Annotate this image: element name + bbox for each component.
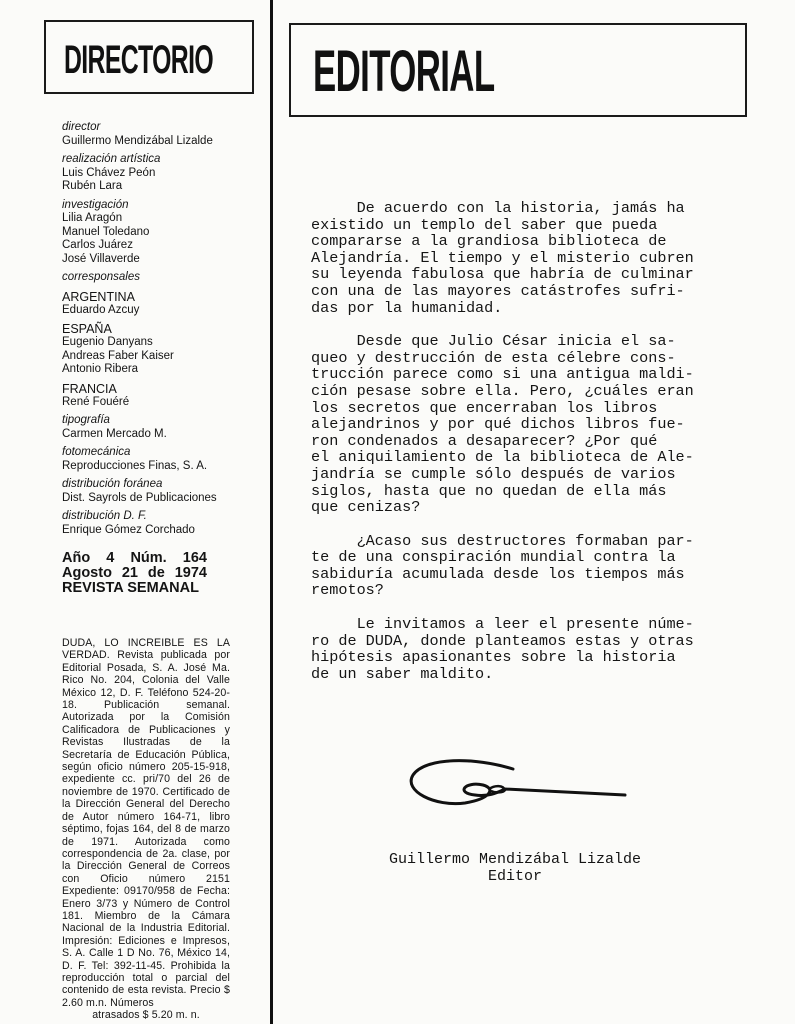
- directory-section: investigaciónLilia AragónManuel Toledano…: [62, 199, 262, 267]
- legal-back-issues-price: atrasados $ 5.20 m. n.: [62, 1009, 230, 1021]
- role-label: tipografía: [62, 414, 262, 428]
- staff-name: Guillermo Mendizábal Lizalde: [62, 135, 262, 149]
- editorial-paragraph: De acuerdo con la historia, jamás ha exi…: [311, 200, 741, 316]
- editorial-title: EDITORIAL: [313, 39, 495, 105]
- directory-title: DIRECTORIO: [64, 36, 213, 84]
- staff-name: Eugenio Danyans: [62, 336, 262, 350]
- editorial-paragraph: Le invitamos a leer el presente núme- ro…: [311, 616, 741, 682]
- role-label: distribución D. F.: [62, 510, 262, 524]
- date-month: Agosto: [62, 566, 112, 581]
- directory-section: ESPAÑAEugenio DanyansAndreas Faber Kaise…: [62, 322, 262, 377]
- role-label: corresponsales: [62, 271, 262, 285]
- staff-name: Eduardo Azcuy: [62, 304, 262, 318]
- role-label: realización artística: [62, 153, 262, 167]
- directory-section: realización artísticaLuis Chávez PeónRub…: [62, 153, 262, 194]
- number-value: 164: [183, 551, 207, 566]
- staff-name: Enrique Gómez Corchado: [62, 524, 262, 538]
- date-day: 21: [122, 566, 138, 581]
- directory-section: corresponsales: [62, 271, 262, 285]
- date-year: 1974: [175, 566, 207, 581]
- staff-name: Dist. Sayrols de Publicaciones: [62, 492, 262, 506]
- directory-section: ARGENTINAEduardo Azcuy: [62, 290, 262, 318]
- legal-notice: DUDA, LO INCREIBLE ES LA VERDAD. Revista…: [62, 637, 230, 1022]
- editorial-paragraph: Desde que Julio César inicia el sa- queo…: [311, 333, 741, 516]
- role-label: director: [62, 121, 262, 135]
- signer-title: Editor: [370, 869, 660, 886]
- directory-section: tipografíaCarmen Mercado M.: [62, 414, 262, 441]
- date-de: de: [148, 566, 165, 581]
- legal-text: DUDA, LO INCREIBLE ES LA VERDAD. Revista…: [62, 637, 230, 1009]
- staff-directory: directorGuillermo Mendizábal Lizaldereal…: [62, 121, 262, 596]
- staff-name: René Fouéré: [62, 396, 262, 410]
- issue-info: Año 4 Núm. 164 Agosto 21 de 1974 REVISTA…: [62, 551, 262, 596]
- directory-section: distribución foráneaDist. Sayrols de Pub…: [62, 478, 262, 505]
- year-value: 4: [106, 551, 114, 566]
- country-label: ESPAÑA: [62, 322, 262, 336]
- editorial-paragraph: ¿Acaso sus destructores formaban par- te…: [311, 533, 741, 599]
- directory-header-box: DIRECTORIO: [44, 20, 254, 94]
- editorial-body: De acuerdo con la historia, jamás ha exi…: [311, 200, 741, 699]
- directory-section: FRANCIARené Fouéré: [62, 382, 262, 410]
- signature-icon: [405, 755, 635, 815]
- directory-section: distribución D. F.Enrique Gómez Corchado: [62, 510, 262, 537]
- role-label: fotomecánica: [62, 446, 262, 460]
- staff-name: Andreas Faber Kaiser: [62, 350, 262, 364]
- directory-section: fotomecánicaReproducciones Finas, S. A.: [62, 446, 262, 473]
- staff-name: Lilia Aragón: [62, 212, 262, 226]
- signer-name: Guillermo Mendizábal Lizalde: [370, 852, 660, 869]
- staff-name: Manuel Toledano: [62, 226, 262, 240]
- role-label: investigación: [62, 199, 262, 213]
- signer-block: Guillermo Mendizábal Lizalde Editor: [370, 852, 660, 885]
- directory-section: directorGuillermo Mendizábal Lizalde: [62, 121, 262, 148]
- staff-name: Rubén Lara: [62, 180, 262, 194]
- editorial-header-box: EDITORIAL: [289, 23, 747, 117]
- staff-name: Luis Chávez Peón: [62, 167, 262, 181]
- column-divider: [270, 0, 273, 1024]
- number-label: Núm.: [130, 551, 166, 566]
- staff-name: Carmen Mercado M.: [62, 428, 262, 442]
- frequency-label: REVISTA SEMANAL: [62, 581, 262, 596]
- staff-name: Reproducciones Finas, S. A.: [62, 460, 262, 474]
- staff-name: Carlos Juárez: [62, 239, 262, 253]
- staff-name: Antonio Ribera: [62, 363, 262, 377]
- country-label: ARGENTINA: [62, 290, 262, 304]
- year-label: Año: [62, 551, 90, 566]
- role-label: distribución foránea: [62, 478, 262, 492]
- staff-name: José Villaverde: [62, 253, 262, 267]
- country-label: FRANCIA: [62, 382, 262, 396]
